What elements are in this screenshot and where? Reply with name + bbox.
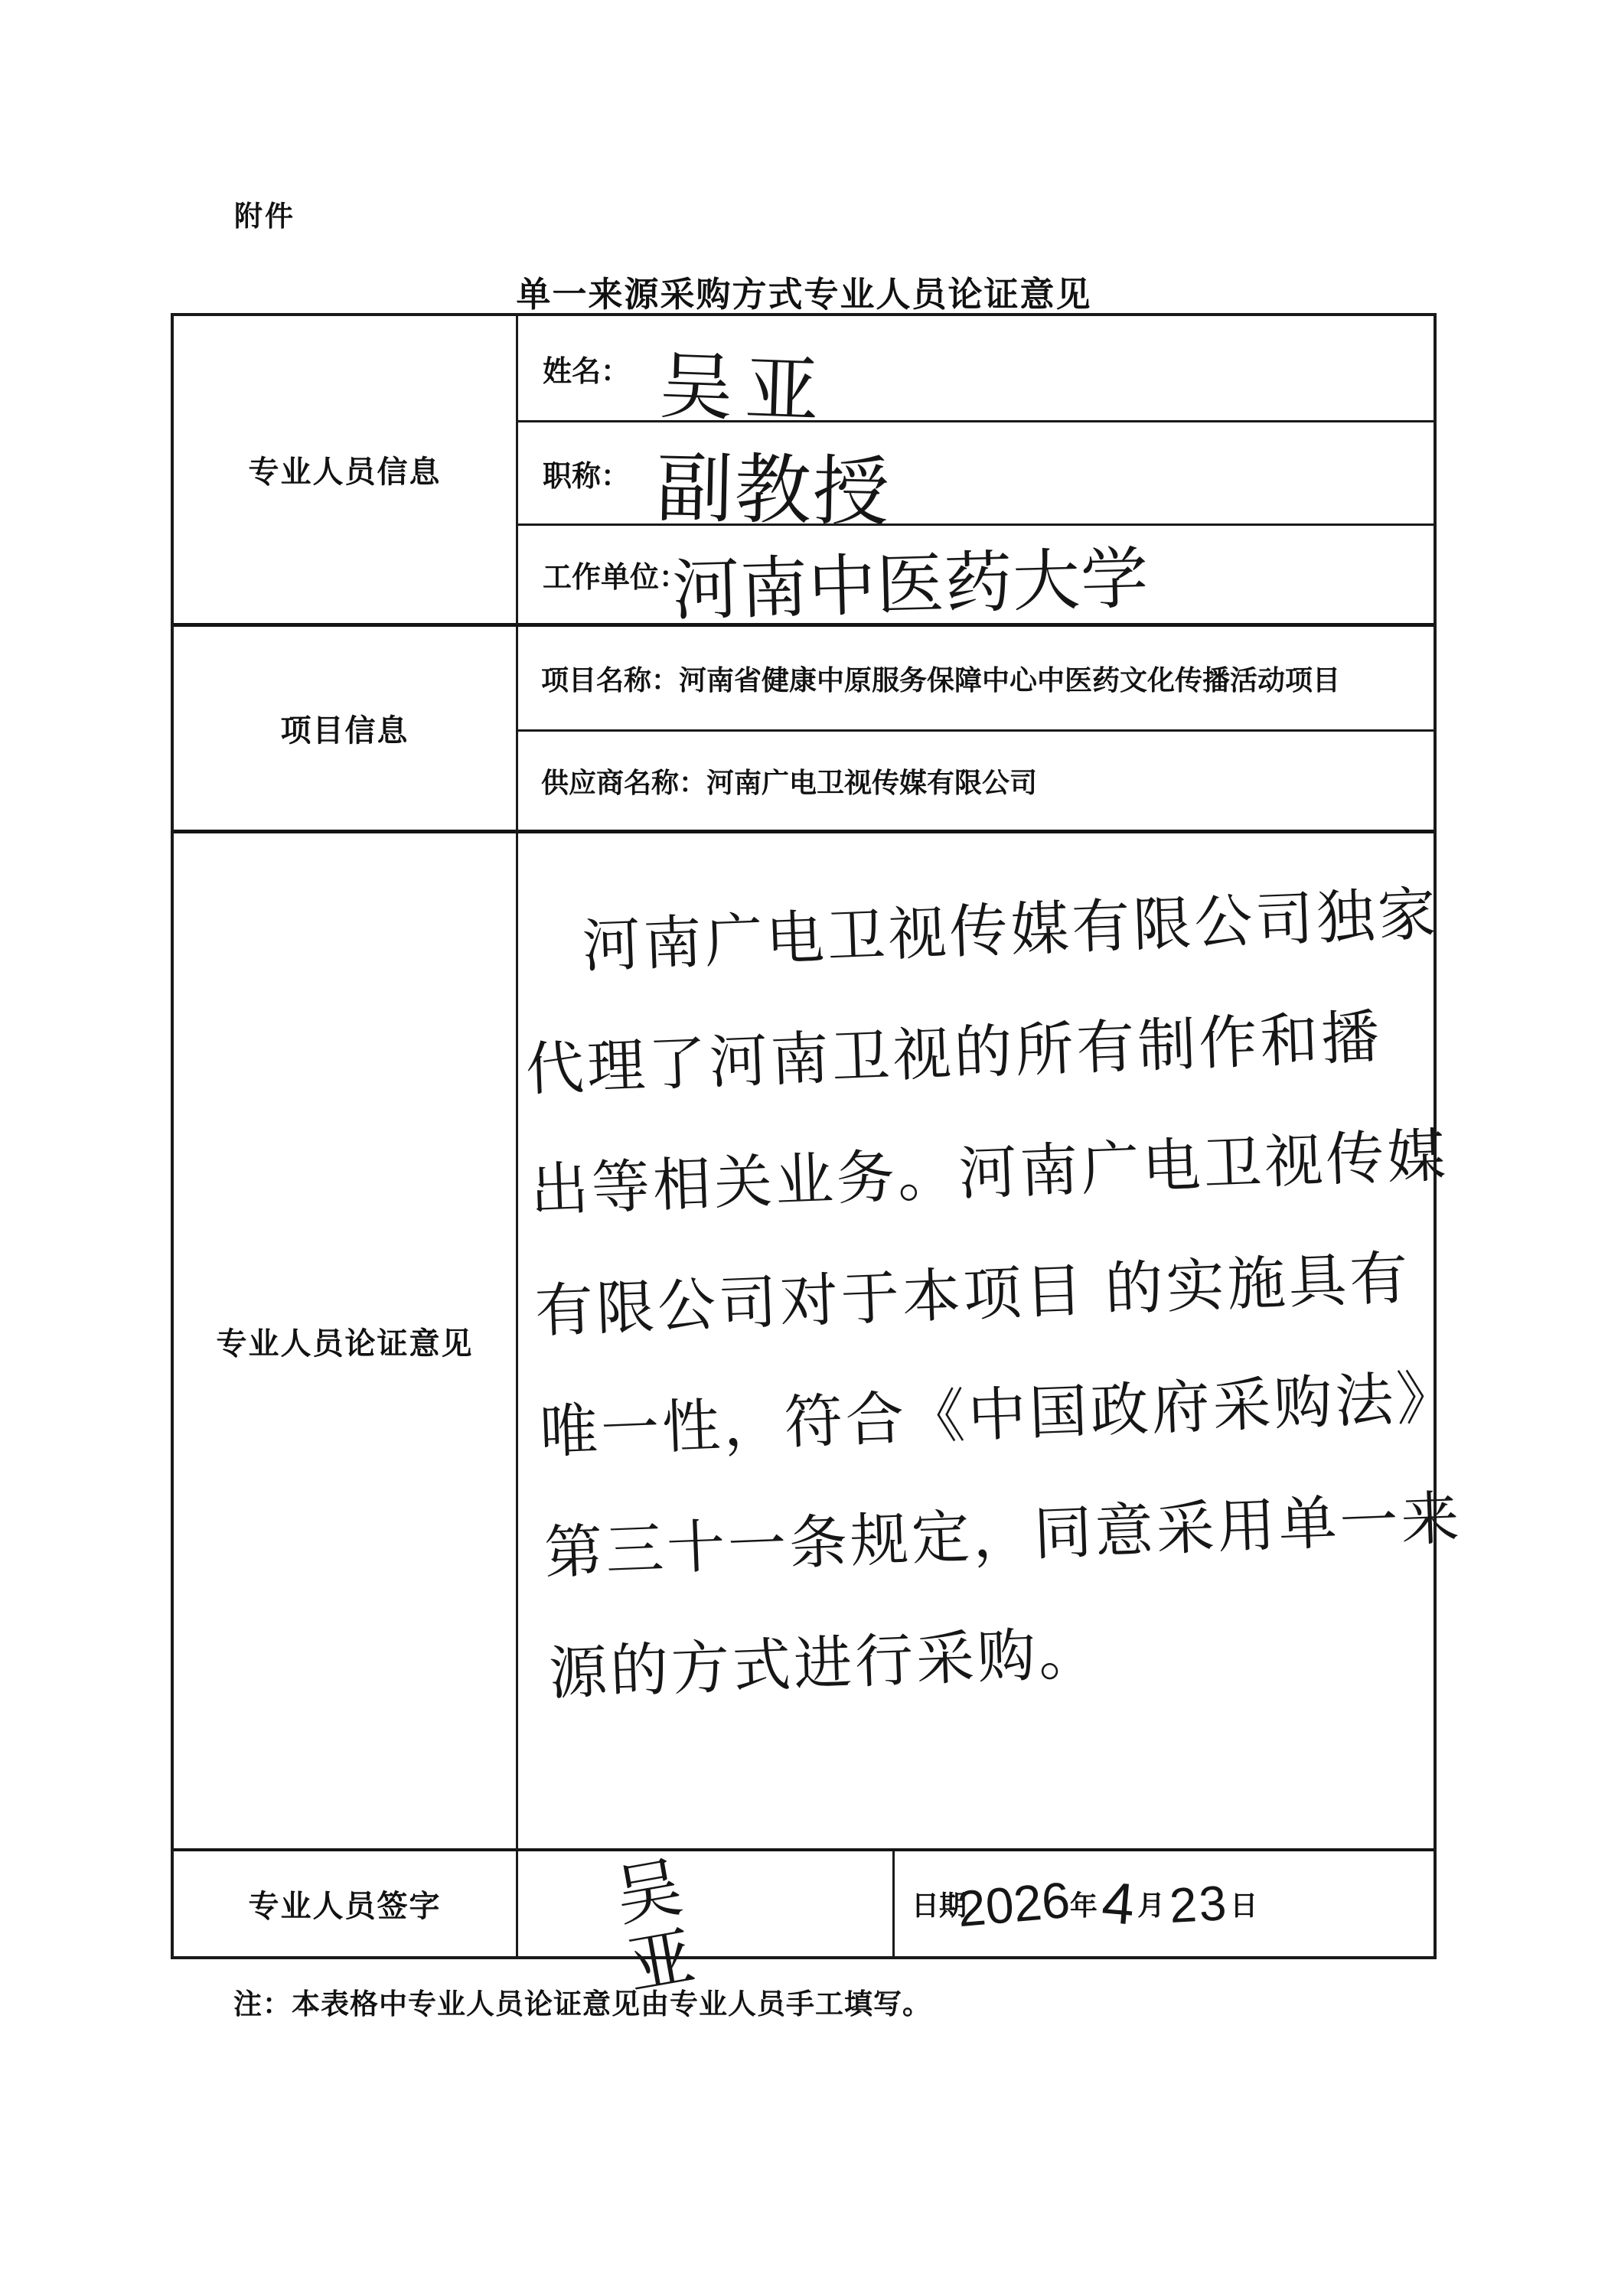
handwritten-date-day: 23 xyxy=(1168,1874,1230,1934)
date-cell: 日期 2026 年 4 月 23 日 xyxy=(895,1851,1434,1956)
handwritten-date-year: 2026 xyxy=(955,1870,1072,1938)
section-label-project: 项目信息 xyxy=(174,627,518,833)
row-name: 姓名： xyxy=(518,316,1434,422)
row-supplier-name: 供应商名称：河南广电卫视传媒有限公司 xyxy=(518,732,1434,833)
handwritten-date-month: 4 xyxy=(1099,1869,1137,1938)
attachment-label: 附件 xyxy=(234,193,295,234)
section-label-opinion: 专业人员论证意见 xyxy=(174,833,518,1851)
handwritten-work-unit: 河南中医药大学 xyxy=(670,525,1150,634)
handwritten-name: 吴亚 xyxy=(658,328,833,439)
signature-cell xyxy=(518,1851,895,1956)
field-label-work-unit: 工作单位： xyxy=(543,553,688,595)
date-year-unit: 年 xyxy=(1070,1884,1098,1923)
handwritten-opinion-text: 河南广电卫视传媒有限公司独家 代理了河南卫视的所有制作和播 出等相关业务。河南广… xyxy=(519,854,1469,1735)
section-label-signature: 专业人员签字 xyxy=(174,1851,518,1956)
scanned-form-page: 附件 单一来源采购方式专业人员论证意见 专业人员信息 姓名： 职称： 工作单位：… xyxy=(0,0,1608,2296)
row-project-name: 项目名称：河南省健康中原服务保障中心中医药文化传播活动项目 xyxy=(518,627,1434,732)
date-month-unit: 月 xyxy=(1137,1884,1165,1923)
handwritten-jobtitle: 副教授 xyxy=(656,426,892,541)
footnote: 注：本表格中专业人员论证意见由专业人员手工填写。 xyxy=(233,1981,931,2022)
page-title: 单一来源采购方式专业人员论证意见 xyxy=(0,266,1608,316)
field-label-name: 姓名： xyxy=(543,347,630,390)
date-day-unit: 日 xyxy=(1230,1884,1257,1923)
section-label-personnel: 专业人员信息 xyxy=(174,316,518,627)
field-label-jobtitle: 职称： xyxy=(543,452,630,494)
